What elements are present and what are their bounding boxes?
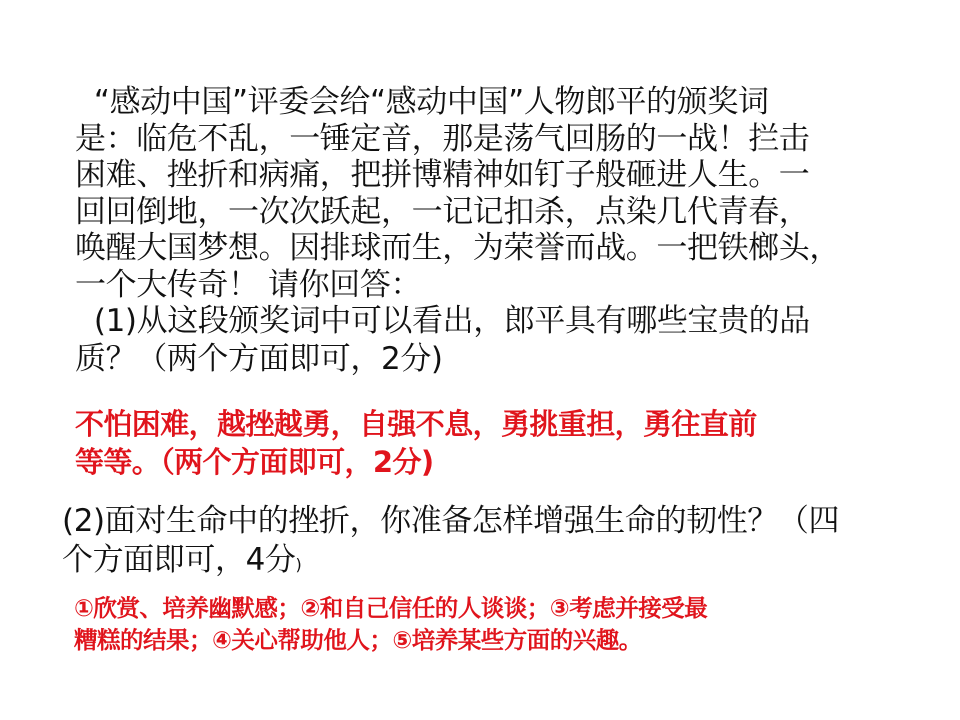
text-line: 唤醒大国梦想。因排球而生，为荣誉而战。一把铁榔头，	[75, 230, 840, 267]
answer-line: 糟糕的结果；④关心帮助他人；⑤培养某些方面的兴趣。	[74, 624, 707, 656]
text-line: 一个大传奇！ 请你回答：	[75, 267, 840, 304]
question-2-line2-text: 个方面即可，4分	[62, 542, 296, 578]
answer-line: 不怕困难，越挫越勇，自强不息，勇挑重担，勇往直前	[75, 405, 757, 443]
text-line: 质？（两个方面即可，2分)	[75, 340, 810, 378]
text-line: 是：临危不乱，一锤定音，那是荡气回肠的一战！拦击	[75, 121, 840, 158]
text-line: (2)面对生命中的挫折，你准备怎样增强生命的韧性？（四	[62, 502, 839, 541]
text-line: 困难、挫折和病痛，把拼博精神如钉子般砸进人生。一	[75, 157, 840, 194]
answer-2: ①欣赏、培养幽默感；②和自己信任的人谈谈；③考虑并接受最 糟糕的结果；④关心帮助…	[74, 592, 707, 656]
closing-paren: )	[296, 555, 302, 574]
text-line: 个方面即可，4分)	[62, 541, 839, 584]
text-line: “感动中国”评委会给“感动中国”人物郎平的颁奖词	[75, 84, 840, 121]
slide: “感动中国”评委会给“感动中国”人物郎平的颁奖词 是：临危不乱，一锤定音，那是荡…	[0, 0, 960, 720]
answer-1: 不怕困难，越挫越勇，自强不息，勇挑重担，勇往直前 等等。（两个方面即可，2分)	[75, 405, 757, 481]
award-citation-paragraph: “感动中国”评委会给“感动中国”人物郎平的颁奖词 是：临危不乱，一锤定音，那是荡…	[75, 84, 840, 303]
question-2: (2)面对生命中的挫折，你准备怎样增强生命的韧性？（四 个方面即可，4分)	[62, 502, 839, 584]
answer-line: ①欣赏、培养幽默感；②和自己信任的人谈谈；③考虑并接受最	[74, 592, 707, 624]
text-line: 回回倒地，一次次跃起，一记记扣杀，点染几代青春，	[75, 194, 840, 231]
text-line: (1)从这段颁奖词中可以看出，郎平具有哪些宝贵的品	[75, 302, 810, 340]
question-1: (1)从这段颁奖词中可以看出，郎平具有哪些宝贵的品 质？（两个方面即可，2分)	[75, 302, 810, 378]
answer-line: 等等。（两个方面即可，2分)	[75, 443, 757, 481]
